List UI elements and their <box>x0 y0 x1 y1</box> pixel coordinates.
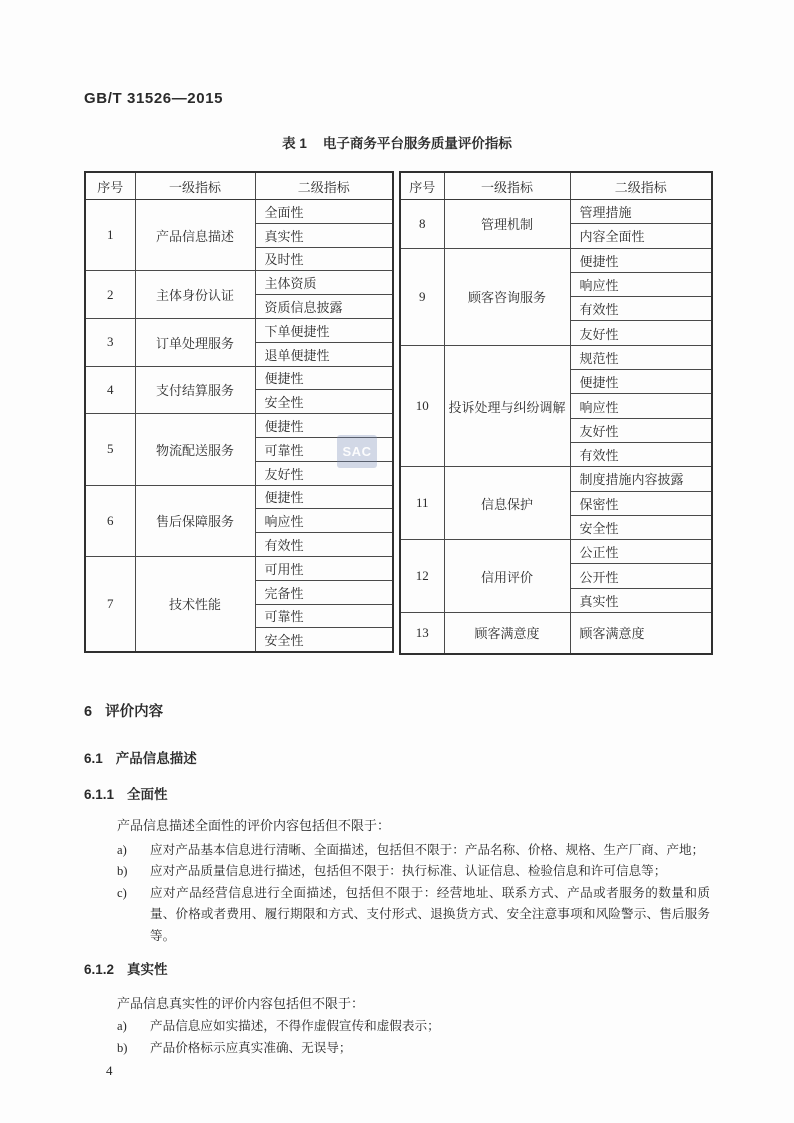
cell-serial-number: 6 <box>85 485 135 556</box>
list-item: a) 应对产品基本信息进行清晰、全面描述，包括但不限于：产品名称、价格、规格、生… <box>117 840 710 862</box>
cell-level1-indicator: 物流配送服务 <box>135 414 255 485</box>
list-item-text: 应对产品经营信息进行全面描述，包括但不限于：经营地址、联系方式、产品或者服务的数… <box>150 883 710 948</box>
section-title: 真实性 <box>127 962 168 977</box>
cell-serial-number: 12 <box>400 540 444 613</box>
cell-level1-indicator: 投诉处理与纠纷调解 <box>444 345 570 466</box>
cell-level2-indicator: 友好性 <box>255 461 393 485</box>
cell-level2-indicator: 内容全面性 <box>570 224 712 248</box>
cell-level2-indicator: 有效性 <box>570 297 712 321</box>
table-row: 7技术性能可用性 <box>85 556 393 580</box>
cell-level1-indicator: 顾客满意度 <box>444 613 570 654</box>
table-caption-title: 电子商务平台服务质量评价指标 <box>323 136 512 151</box>
section-heading-6-1-2: 6.1.2真实性 <box>84 958 710 978</box>
list-item: b) 应对产品质量信息进行描述，包括但不限于：执行标准、认证信息、检验信息和许可… <box>117 861 710 883</box>
cell-serial-number: 13 <box>400 613 444 654</box>
paragraph-6-1-1-intro: 产品信息描述全面性的评价内容包括但不限于： <box>117 817 710 835</box>
list-item-text: 应对产品基本信息进行清晰、全面描述，包括但不限于：产品名称、价格、规格、生产厂商… <box>150 840 710 862</box>
list-item-text: 应对产品质量信息进行描述，包括但不限于：执行标准、认证信息、检验信息和许可信息等… <box>150 861 710 883</box>
cell-level2-indicator: 规范性 <box>570 345 712 369</box>
cell-level2-indicator: 公开性 <box>570 564 712 588</box>
indicator-table-right: 序号一级指标二级指标8管理机制管理措施内容全面性9顾客咨询服务便捷性响应性有效性… <box>399 171 713 655</box>
section-heading-6-1-1: 6.1.1全面性 <box>84 783 710 803</box>
cell-level1-indicator: 主体身份认证 <box>135 271 255 319</box>
table-caption: 表 1电子商务平台服务质量评价指标 <box>84 132 710 152</box>
cell-level2-indicator: 完备性 <box>255 580 393 604</box>
list-item: b) 产品价格标示应真实准确、无误导； <box>117 1038 710 1060</box>
cell-serial-number: 1 <box>85 200 135 271</box>
cell-level2-indicator: 便捷性 <box>255 485 393 509</box>
list-item-label: b) <box>117 1038 150 1060</box>
list-6-1-2: a) 产品信息应如实描述，不得作虚假宣传和虚假表示； b) 产品价格标示应真实准… <box>117 1016 710 1059</box>
cell-level2-indicator: 便捷性 <box>255 414 393 438</box>
section-number: 6.1.1 <box>84 787 114 802</box>
cell-level2-indicator: 友好性 <box>570 418 712 442</box>
cell-level2-indicator: 可用性 <box>255 556 393 580</box>
cell-level2-indicator: 主体资质 <box>255 271 393 295</box>
list-item-text: 产品价格标示应真实准确、无误导； <box>150 1038 710 1060</box>
table-caption-label: 表 1 <box>282 136 307 151</box>
cell-level2-indicator: 安全性 <box>570 515 712 539</box>
list-item-label: a) <box>117 1016 150 1038</box>
cell-level2-indicator: 安全性 <box>255 390 393 414</box>
cell-level1-indicator: 订单处理服务 <box>135 318 255 366</box>
column-header: 一级指标 <box>135 172 255 200</box>
cell-level2-indicator: 有效性 <box>570 442 712 466</box>
indicator-table-wrap: 序号一级指标二级指标1产品信息描述全面性真实性及时性2主体身份认证主体资质资质信… <box>84 171 710 655</box>
cell-level2-indicator: 真实性 <box>255 223 393 247</box>
table-row: 10投诉处理与纠纷调解规范性 <box>400 345 712 369</box>
cell-level1-indicator: 支付结算服务 <box>135 366 255 414</box>
cell-level2-indicator: 友好性 <box>570 321 712 345</box>
table-row: 11信息保护制度措施内容披露 <box>400 467 712 491</box>
cell-level1-indicator: 产品信息描述 <box>135 200 255 271</box>
column-header: 序号 <box>85 172 135 200</box>
cell-level2-indicator: 响应性 <box>570 394 712 418</box>
column-header: 序号 <box>400 172 444 200</box>
cell-level2-indicator: 下单便捷性 <box>255 318 393 342</box>
table-row: 9顾客咨询服务便捷性 <box>400 248 712 272</box>
paragraph-6-1-2-intro: 产品信息真实性的评价内容包括但不限于： <box>117 995 710 1013</box>
doc-number: GB/T 31526—2015 <box>84 90 710 107</box>
cell-level2-indicator: 公正性 <box>570 540 712 564</box>
cell-level1-indicator: 信息保护 <box>444 467 570 540</box>
column-header: 一级指标 <box>444 172 570 200</box>
cell-serial-number: 5 <box>85 414 135 485</box>
section-title: 全面性 <box>127 787 168 802</box>
list-item: c) 应对产品经营信息进行全面描述，包括但不限于：经营地址、联系方式、产品或者服… <box>117 883 710 948</box>
section-title: 产品信息描述 <box>116 751 197 766</box>
cell-level2-indicator: 安全性 <box>255 628 393 652</box>
cell-serial-number: 2 <box>85 271 135 319</box>
cell-serial-number: 3 <box>85 318 135 366</box>
column-header: 二级指标 <box>570 172 712 200</box>
section-number: 6 <box>84 704 92 720</box>
table-row: 4支付结算服务便捷性 <box>85 366 393 390</box>
cell-level1-indicator: 信用评价 <box>444 540 570 613</box>
cell-level1-indicator: 售后保障服务 <box>135 485 255 556</box>
section-title: 评价内容 <box>105 704 163 720</box>
cell-level2-indicator: 响应性 <box>255 509 393 533</box>
cell-serial-number: 10 <box>400 345 444 466</box>
cell-serial-number: 4 <box>85 366 135 414</box>
table-row: 3订单处理服务下单便捷性 <box>85 318 393 342</box>
table-row: 13顾客满意度顾客满意度 <box>400 613 712 654</box>
list-item-label: a) <box>117 840 150 862</box>
cell-level2-indicator: 便捷性 <box>570 370 712 394</box>
table-row: 8管理机制管理措施 <box>400 200 712 224</box>
cell-level2-indicator: 有效性 <box>255 533 393 557</box>
document-page: GB/T 31526—2015 表 1电子商务平台服务质量评价指标 序号一级指标… <box>0 0 794 1123</box>
section-heading-6-1: 6.1产品信息描述 <box>84 747 710 767</box>
section-heading-6: 6评价内容 <box>84 700 710 721</box>
cell-serial-number: 9 <box>400 248 444 345</box>
indicator-table-left: 序号一级指标二级指标1产品信息描述全面性真实性及时性2主体身份认证主体资质资质信… <box>84 171 394 653</box>
list-item-text: 产品信息应如实描述，不得作虚假宣传和虚假表示； <box>150 1016 710 1038</box>
cell-level1-indicator: 管理机制 <box>444 200 570 249</box>
list-6-1-1: a) 应对产品基本信息进行清晰、全面描述，包括但不限于：产品名称、价格、规格、生… <box>117 840 710 948</box>
table-row: 12信用评价公正性 <box>400 540 712 564</box>
list-item: a) 产品信息应如实描述，不得作虚假宣传和虚假表示； <box>117 1016 710 1038</box>
cell-level2-indicator: 响应性 <box>570 272 712 296</box>
cell-level2-indicator: 保密性 <box>570 491 712 515</box>
table-row: 6售后保障服务便捷性 <box>85 485 393 509</box>
section-number: 6.1 <box>84 751 103 766</box>
section-number: 6.1.2 <box>84 962 114 977</box>
page-number: 4 <box>106 1063 710 1079</box>
cell-level1-indicator: 顾客咨询服务 <box>444 248 570 345</box>
table-row: 1产品信息描述全面性 <box>85 200 393 224</box>
cell-level2-indicator: 便捷性 <box>255 366 393 390</box>
cell-level2-indicator: 制度措施内容披露 <box>570 467 712 491</box>
column-header: 二级指标 <box>255 172 393 200</box>
cell-level2-indicator: 及时性 <box>255 247 393 271</box>
cell-level2-indicator: 管理措施 <box>570 200 712 224</box>
cell-level2-indicator: 顾客满意度 <box>570 613 712 654</box>
cell-level2-indicator: 全面性 <box>255 200 393 224</box>
cell-level2-indicator: 可靠性 <box>255 437 393 461</box>
cell-serial-number: 8 <box>400 200 444 249</box>
list-item-label: b) <box>117 861 150 883</box>
cell-level2-indicator: 真实性 <box>570 588 712 612</box>
cell-level2-indicator: 可靠性 <box>255 604 393 628</box>
table-row: 2主体身份认证主体资质 <box>85 271 393 295</box>
table-row: 5物流配送服务便捷性 <box>85 414 393 438</box>
cell-serial-number: 11 <box>400 467 444 540</box>
cell-level2-indicator: 退单便捷性 <box>255 342 393 366</box>
cell-serial-number: 7 <box>85 556 135 651</box>
cell-level2-indicator: 便捷性 <box>570 248 712 272</box>
cell-level1-indicator: 技术性能 <box>135 556 255 651</box>
cell-level2-indicator: 资质信息披露 <box>255 295 393 319</box>
list-item-label: c) <box>117 883 150 948</box>
